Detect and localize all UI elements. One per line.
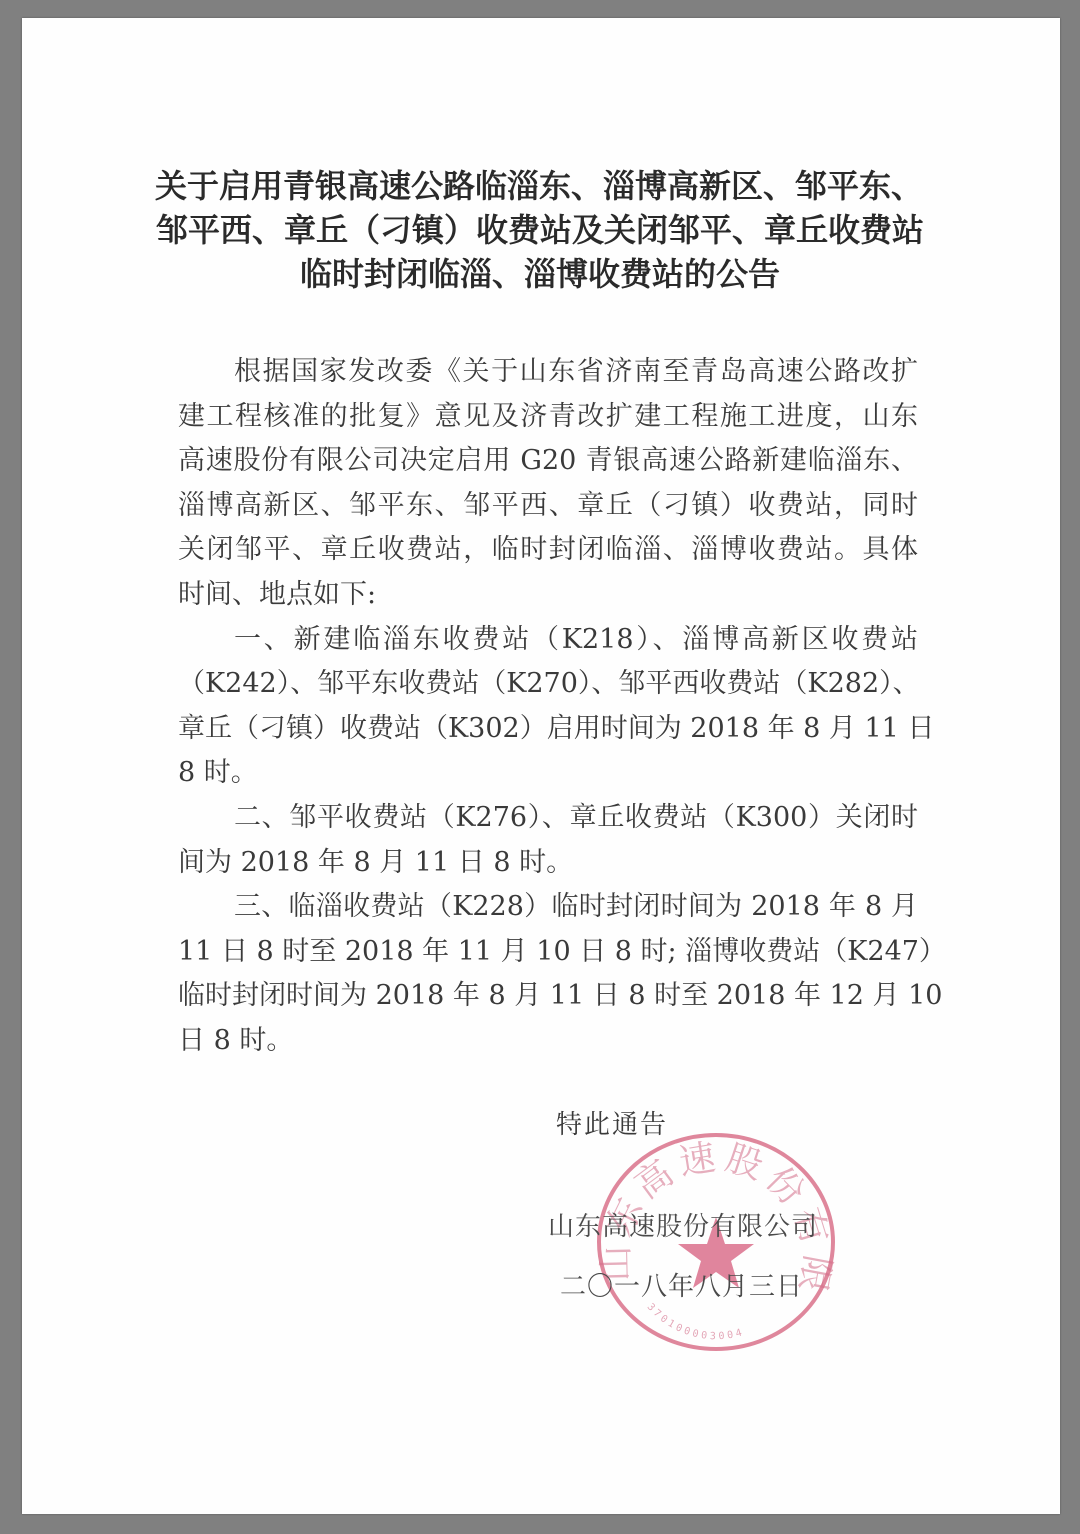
body-line: 淄博高新区、邹平东、邹平西、章丘（刁镇）收费站，同时 bbox=[178, 484, 918, 529]
body-line: 根据国家发改委《关于山东省济南至青岛高速公路改扩 bbox=[178, 350, 918, 395]
body-line: 8 时。 bbox=[178, 751, 918, 796]
body-line: 关闭邹平、章丘收费站，临时封闭临淄、淄博收费站。具体 bbox=[178, 528, 918, 573]
body-line: 建工程核准的批复》意见及济青改扩建工程施工进度，山东 bbox=[178, 395, 918, 440]
body-line: 日 8 时。 bbox=[178, 1019, 918, 1064]
body-line: 11 日 8 时至 2018 年 11 月 10 日 8 时; 淄博收费站（K2… bbox=[178, 930, 918, 975]
document-body: 根据国家发改委《关于山东省济南至青岛高速公路改扩 建工程核准的批复》意见及济青改… bbox=[178, 350, 918, 1064]
body-line: （K242）、邹平东收费站（K270）、邹平西收费站（K282）、 bbox=[178, 662, 918, 707]
signature-date: 二〇一八年八月三日 bbox=[560, 1266, 803, 1303]
document-page: 关于启用青银高速公路临淄东、淄博高新区、邹平东、 邹平西、章丘（刁镇）收费站及关… bbox=[22, 18, 1060, 1514]
document-title: 关于启用青银高速公路临淄东、淄博高新区、邹平东、 邹平西、章丘（刁镇）收费站及关… bbox=[22, 164, 1058, 296]
signature-company: 山东高速股份有限公司 bbox=[548, 1206, 818, 1243]
title-line: 临时封闭临淄、淄博收费站的公告 bbox=[22, 252, 1058, 296]
body-line: 间为 2018 年 8 月 11 日 8 时。 bbox=[178, 841, 918, 886]
body-line: 三、临淄收费站（K228）临时封闭时间为 2018 年 8 月 bbox=[178, 885, 918, 930]
title-line: 邹平西、章丘（刁镇）收费站及关闭邹平、章丘收费站 bbox=[22, 208, 1058, 252]
body-line: 章丘（刁镇）收费站（K302）启用时间为 2018 年 8 月 11 日 bbox=[178, 707, 918, 752]
body-line: 二、邹平收费站（K276）、章丘收费站（K300）关闭时 bbox=[178, 796, 918, 841]
body-line: 高速股份有限公司决定启用 G20 青银高速公路新建临淄东、 bbox=[178, 439, 918, 484]
body-line: 时间、地点如下: bbox=[178, 573, 918, 618]
body-line: 一、新建临淄东收费站（K218）、淄博高新区收费站 bbox=[178, 618, 918, 663]
title-line: 关于启用青银高速公路临淄东、淄博高新区、邹平东、 bbox=[20, 164, 1058, 208]
body-line: 临时封闭时间为 2018 年 8 月 11 日 8 时至 2018 年 12 月… bbox=[178, 974, 918, 1019]
